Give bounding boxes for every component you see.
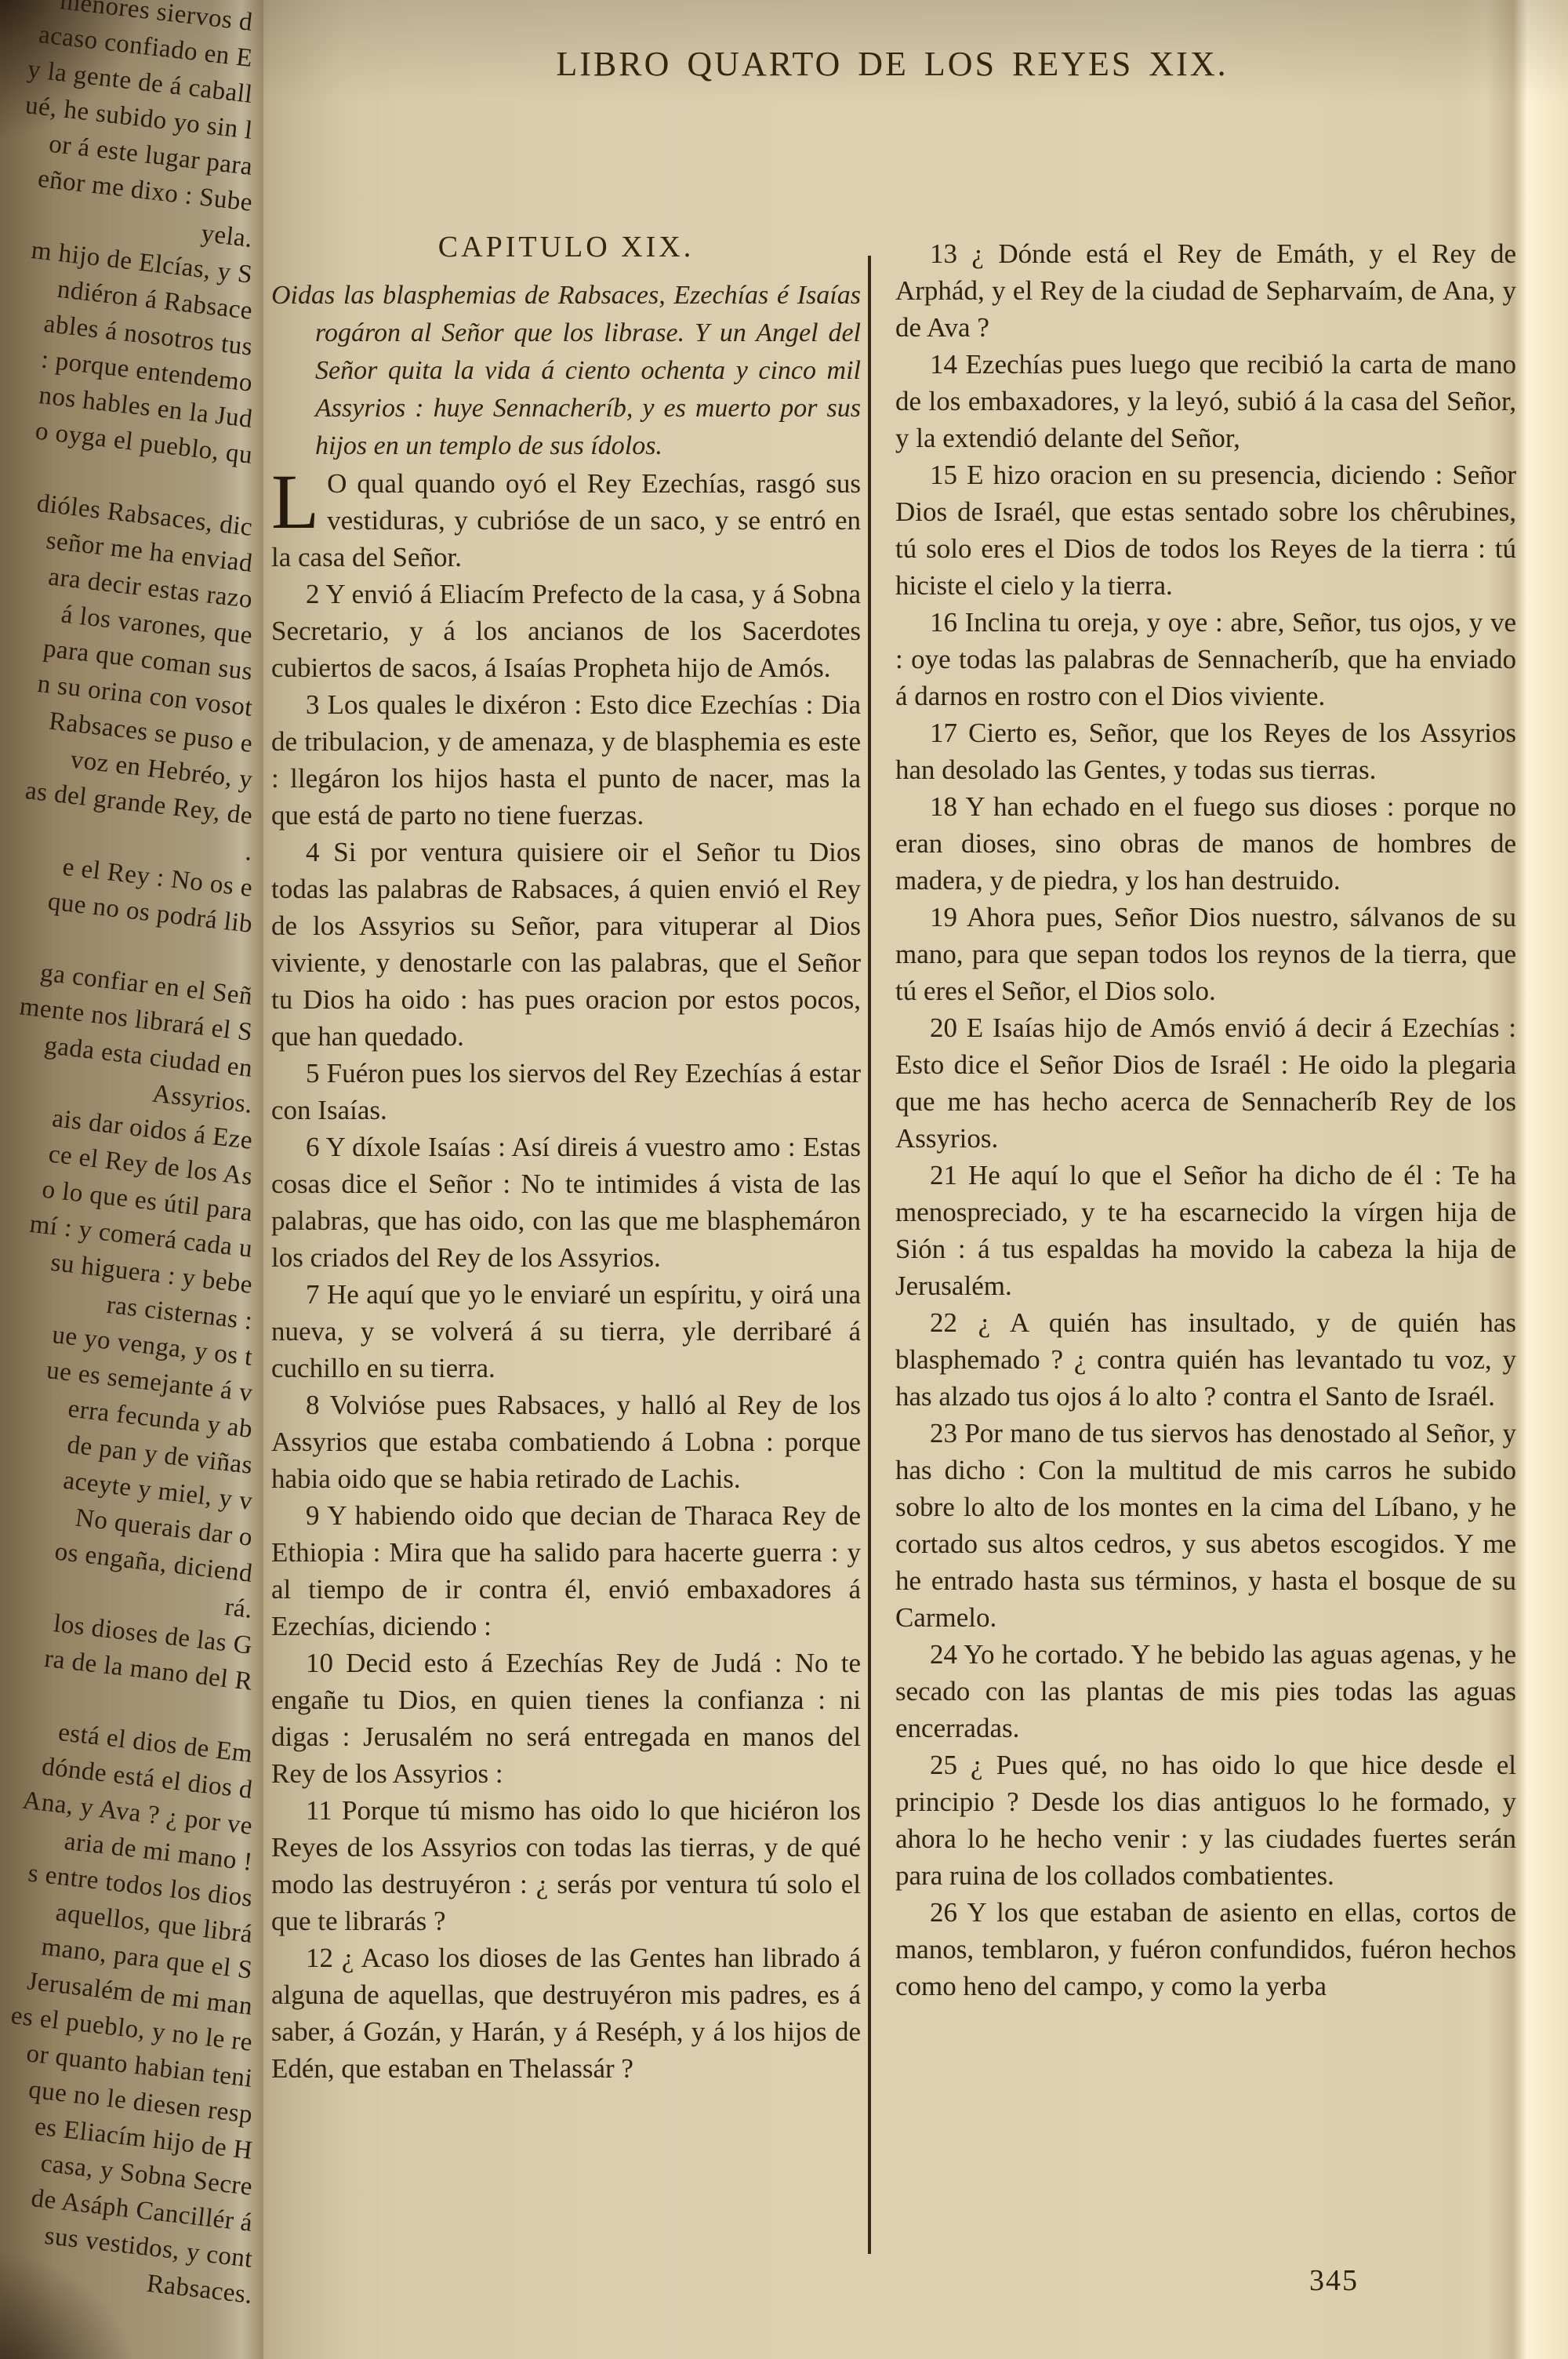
verse-paragraph: 4 Si por ventura quisiere oir el Señor t… (271, 834, 861, 1055)
previous-page-edge: menores siervos d acaso confiado en E y … (0, 0, 263, 2359)
verse-paragraph: 5 Fuéron pues los siervos del Rey Ezechí… (271, 1055, 861, 1129)
verse-paragraph: 2 Y envió á Eliacím Prefecto de la casa,… (271, 576, 861, 686)
verse-paragraph: 23 Por mano de tus siervos has denostado… (895, 1415, 1516, 1636)
verse-paragraph: 17 Cierto es, Señor, que los Reyes de lo… (895, 714, 1516, 788)
left-text-column: CAPITULO XIX. Oidas las blasphemias de R… (271, 229, 861, 2087)
verse-paragraph: 15 E hizo oracion en su presencia, dicie… (895, 456, 1516, 604)
column-divider-rule (868, 256, 871, 2254)
verse-paragraph: 18 Y han echado en el fuego sus dioses :… (895, 788, 1516, 899)
left-column-verses: 2 Y envió á Eliacím Prefecto de la casa,… (271, 576, 861, 2087)
verse-paragraph: 9 Y habiendo oido que decian de Tharaca … (271, 1497, 861, 1645)
verse-paragraph: 22 ¿ A quién has insultado, y de quién h… (895, 1304, 1516, 1415)
right-column-verses: 13 ¿ Dónde está el Rey de Emáth, y el Re… (895, 235, 1516, 2005)
book-page-photo: menores siervos d acaso confiado en E y … (0, 0, 1568, 2359)
verse-paragraph: 21 He aquí lo que el Señor ha dicho de é… (895, 1157, 1516, 1304)
page-number: 345 (1309, 2263, 1359, 2298)
verse-paragraph: 19 Ahora pues, Señor Dios nuestro, sálva… (895, 899, 1516, 1009)
verse-paragraph: 8 Volvióse pues Rabsaces, y halló al Rey… (271, 1387, 861, 1497)
verse-paragraph: LO qual quando oyó el Rey Ezechías, rasg… (271, 465, 861, 576)
right-text-column: 13 ¿ Dónde está el Rey de Emáth, y el Re… (895, 235, 1516, 2005)
verse-paragraph: 12 ¿ Acaso los dioses de las Gentes han … (271, 1939, 861, 2087)
drop-cap-initial: L (271, 465, 327, 534)
verse-paragraph: 11 Porque tú mismo has oido lo que hicié… (271, 1792, 861, 1939)
previous-page-text: menores siervos d acaso confiado en E y … (0, 5, 252, 2314)
verse-paragraph: 13 ¿ Dónde está el Rey de Emáth, y el Re… (895, 235, 1516, 346)
chapter-summary: Oidas las blasphemias de Rabsaces, Ezech… (271, 277, 861, 465)
chapter-title: CAPITULO XIX. (271, 229, 861, 266)
verse-paragraph: 7 He aquí que yo le enviaré un espíritu,… (271, 1276, 861, 1387)
verse-paragraph: 10 Decid esto á Ezechías Rey de Judá : N… (271, 1645, 861, 1792)
verse-paragraph: 14 Ezechías pues luego que recibió la ca… (895, 346, 1516, 456)
verse-paragraph: 6 Y díxole Isaías : Así direis á vuestro… (271, 1129, 861, 1276)
verse-paragraph: 20 E Isaías hijo de Amós envió á decir á… (895, 1009, 1516, 1157)
verse-text: O qual quando oyó el Rey Ezechías, rasgó… (271, 468, 861, 572)
verse-paragraph: 16 Inclina tu oreja, y oye : abre, Señor… (895, 604, 1516, 714)
verse-paragraph: 3 Los quales le dixéron : Esto dice Ezec… (271, 686, 861, 834)
verse-paragraph: 26 Y los que estaban de asiento en ellas… (895, 1894, 1516, 2005)
verse-paragraph: 24 Yo he cortado. Y he bebido las aguas … (895, 1636, 1516, 1747)
verse-paragraph: 25 ¿ Pues qué, no has oido lo que hice d… (895, 1747, 1516, 1894)
running-header: LIBRO QUARTO DE LOS REYES XIX. (267, 44, 1518, 84)
